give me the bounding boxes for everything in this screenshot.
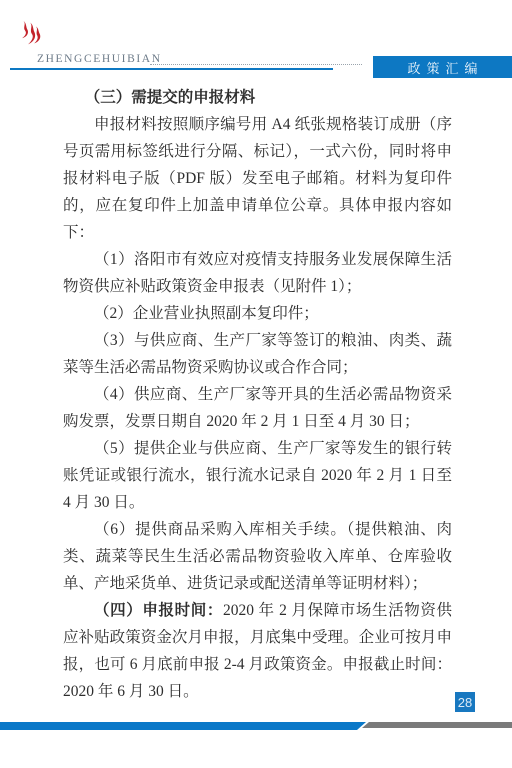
section-heading: （三）需提交的申报材料 — [63, 84, 452, 111]
paragraph-item-1: （1）洛阳市有效应对疫情支持服务业发展保障生活物资供应补贴政策资金申报表（见附件… — [63, 246, 452, 300]
document-body: （三）需提交的申报材料 申报材料按照顺序编号用 A4 纸张规格装订成册（序号页需… — [63, 84, 452, 705]
paragraph-item-6: （6）提供商品采购入库相关手续。（提供粮油、肉类、蔬菜等民生生活必需品物资验收入… — [63, 516, 452, 597]
paragraph-item-2: （2）企业营业执照副本复印件； — [63, 300, 452, 327]
header-dotted-leader — [150, 55, 362, 65]
header-badge: 政策汇编 — [373, 56, 512, 78]
deadline-label: （四）申报时间： — [94, 602, 223, 619]
footer-blue-bar — [0, 722, 366, 730]
page-number-badge: 28 — [455, 692, 475, 712]
paragraph-intro: 申报材料按照顺序编号用 A4 纸张规格装订成册（序号页需用标签纸进行分隔、标记）… — [63, 111, 452, 246]
brand-romanized-title: ZHENGCEHUIBIAN — [37, 53, 162, 65]
footer-gray-bar — [362, 722, 512, 728]
paragraph-item-3: （3）与供应商、生产厂家等签订的粮油、肉类、蔬菜等生活必需品物资采购协议或合作合… — [63, 327, 452, 381]
document-page: ZHENGCEHUIBIAN 政策汇编 （三）需提交的申报材料 申报材料按照顺序… — [0, 0, 512, 768]
paragraph-item-5: （5）提供企业与供应商、生产厂家等发生的银行转账凭证或银行流水，银行流水记录自 … — [63, 435, 452, 516]
header-blue-rule — [10, 68, 333, 70]
paragraph-deadline: （四）申报时间：2020 年 2 月保障市场生活物资供应补贴政策资金次月申报，月… — [63, 597, 452, 705]
paragraph-item-4: （4）供应商、生产厂家等开具的生活必需品物资采购发票，发票日期自 2020 年 … — [63, 381, 452, 435]
flame-logo-icon — [19, 21, 41, 51]
